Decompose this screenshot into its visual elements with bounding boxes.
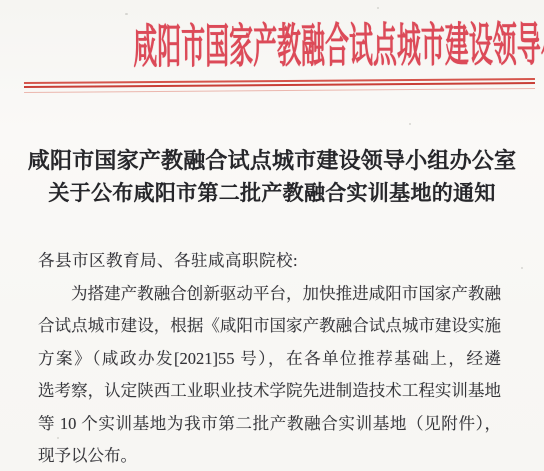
scan-speck [57, 437, 59, 439]
scan-speck [409, 123, 411, 125]
body-paragraph-line: 方案》（咸政办发[2021]55 号），在各单位推荐基础上，经遴 [38, 343, 501, 376]
body-paragraph-line: 现予以公布。 [38, 440, 501, 471]
body-paragraph-line: 等 10 个实训基地为我市第二批产教融合实训基地（见附件）， [38, 408, 501, 441]
divider-rule-ghost-line [24, 87, 535, 93]
scan-speck [377, 7, 379, 9]
scan-speck [125, 13, 128, 15]
document-title: 咸阳市国家产教融合试点城市建设领导小组办公室 关于公布咸阳市第二批产教融合实训基… [0, 144, 544, 210]
document-title-line1: 咸阳市国家产教融合试点城市建设领导小组办公室 [0, 144, 544, 177]
body-paragraph-line: 合试点城市建设，根据《咸阳市国家产教融合试点城市建设实施 [38, 310, 501, 343]
letterhead-org-name: 咸阳市国家产教融合试点城市建设领导小组办公室 [133, 22, 411, 71]
body-paragraph-line: 为搭建产教融合创新驱动平台，加快推进咸阳市国家产教融 [38, 278, 501, 311]
document-body: 各县市区教育局、各驻咸高职院校: 为搭建产教融合创新驱动平台，加快推进咸阳市国家… [38, 245, 501, 471]
letterhead-divider-rule [24, 78, 535, 93]
scan-speck [521, 267, 523, 269]
document-title-line2: 关于公布咸阳市第二批产教融合实训基地的通知 [0, 177, 544, 210]
body-paragraph-line: 选考察，认定陕西工业职业技术学院先进制造技术工程实训基地 [38, 375, 501, 408]
scanned-document-page: 咸阳市国家产教融合试点城市建设领导小组办公室 咸阳市国家产教融合试点城市建设领导… [0, 0, 544, 471]
salutation-line: 各县市区教育局、各驻咸高职院校: [38, 245, 501, 278]
